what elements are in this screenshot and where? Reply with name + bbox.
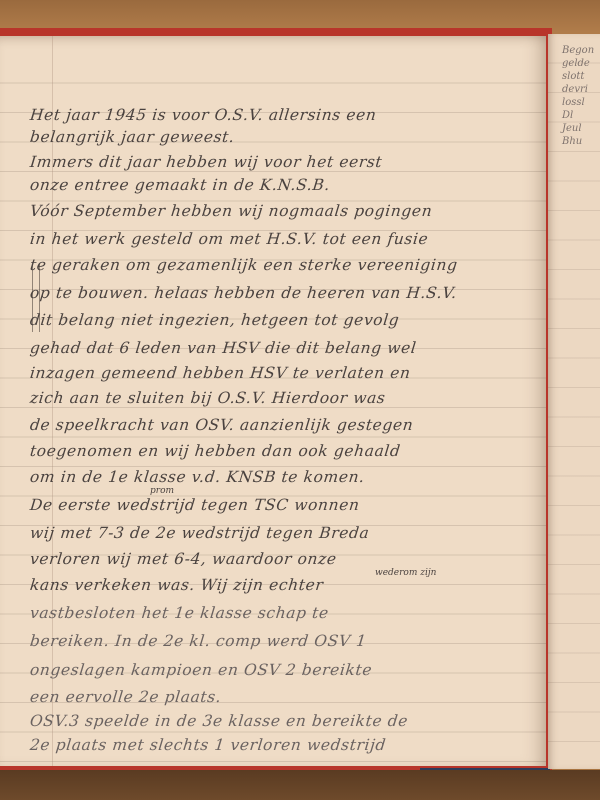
insertion-wederom: wederom zijn: [375, 568, 436, 578]
text-line: vastbesloten het 1e klasse schap te: [29, 604, 330, 622]
right-note: devri: [562, 83, 594, 96]
right-note: Jeul: [562, 122, 594, 135]
text-line: bereiken. In de 2e kl. comp werd OSV 1: [29, 632, 368, 650]
text-line: OSV.3 speelde in de 3e klasse en bereikt…: [29, 712, 409, 730]
text-line: te geraken om gezamenlijk een sterke ver…: [29, 256, 459, 274]
text-line: zich aan te sluiten bij O.S.V. Hierdoor …: [29, 389, 386, 407]
text-line: Immers dit jaar hebben wij voor het eers…: [29, 153, 383, 171]
text-line: om in de 1e klasse v.d. KNSB te komen.: [29, 468, 366, 486]
text-line: belangrijk jaar geweest.: [29, 128, 235, 146]
right-note: Bhu: [562, 135, 594, 148]
text-line: De eerste wedstrijd tegen TSC wonnen: [29, 496, 361, 514]
text-line: Het jaar 1945 is voor O.S.V. allersins e…: [29, 106, 377, 124]
text-line: gehad dat 6 leden van HSV die dit belang…: [29, 339, 417, 357]
text-line: dit belang niet ingezien, hetgeen tot ge…: [29, 311, 400, 329]
wooden-table: [0, 770, 600, 800]
right-page-notes: Begon gelde slott devri lossl Dl Jeul Bh…: [562, 44, 594, 148]
right-note: gelde: [562, 57, 594, 70]
text-line: 2e plaats met slechts 1 verloren wedstri…: [29, 736, 387, 754]
text-line: ongeslagen kampioen en OSV 2 bereikte: [29, 661, 373, 679]
right-note: Begon: [562, 44, 594, 57]
right-note: slott: [562, 70, 594, 83]
text-line: inzagen gemeend hebben HSV te verlaten e…: [29, 364, 411, 382]
text-line: wij met 7-3 de 2e wedstrijd tegen Breda: [29, 524, 370, 542]
text-line: kans verkeken was. Wij zijn echter: [29, 576, 324, 594]
text-line: een eervolle 2e plaats.: [29, 688, 222, 706]
right-note: Dl: [562, 109, 594, 122]
text-line: de speelkracht van OSV. aanzienlijk gest…: [29, 416, 414, 434]
text-line: Vóór September hebben wij nogmaals pogin…: [29, 202, 433, 220]
right-note: lossl: [562, 96, 594, 109]
text-line: onze entree gemaakt in de K.N.S.B.: [29, 176, 331, 194]
text-line: in het werk gesteld om met H.S.V. tot ee…: [29, 230, 429, 248]
text-line: verloren wij met 6-4, waardoor onze: [29, 550, 338, 568]
insertion-prom: prom: [150, 486, 174, 496]
text-line: op te bouwen. helaas hebben de heeren va…: [29, 284, 458, 302]
text-line: toegenomen en wij hebben dan ook gehaald: [29, 442, 401, 460]
right-page: Begon gelde slott devri lossl Dl Jeul Bh…: [548, 34, 600, 769]
